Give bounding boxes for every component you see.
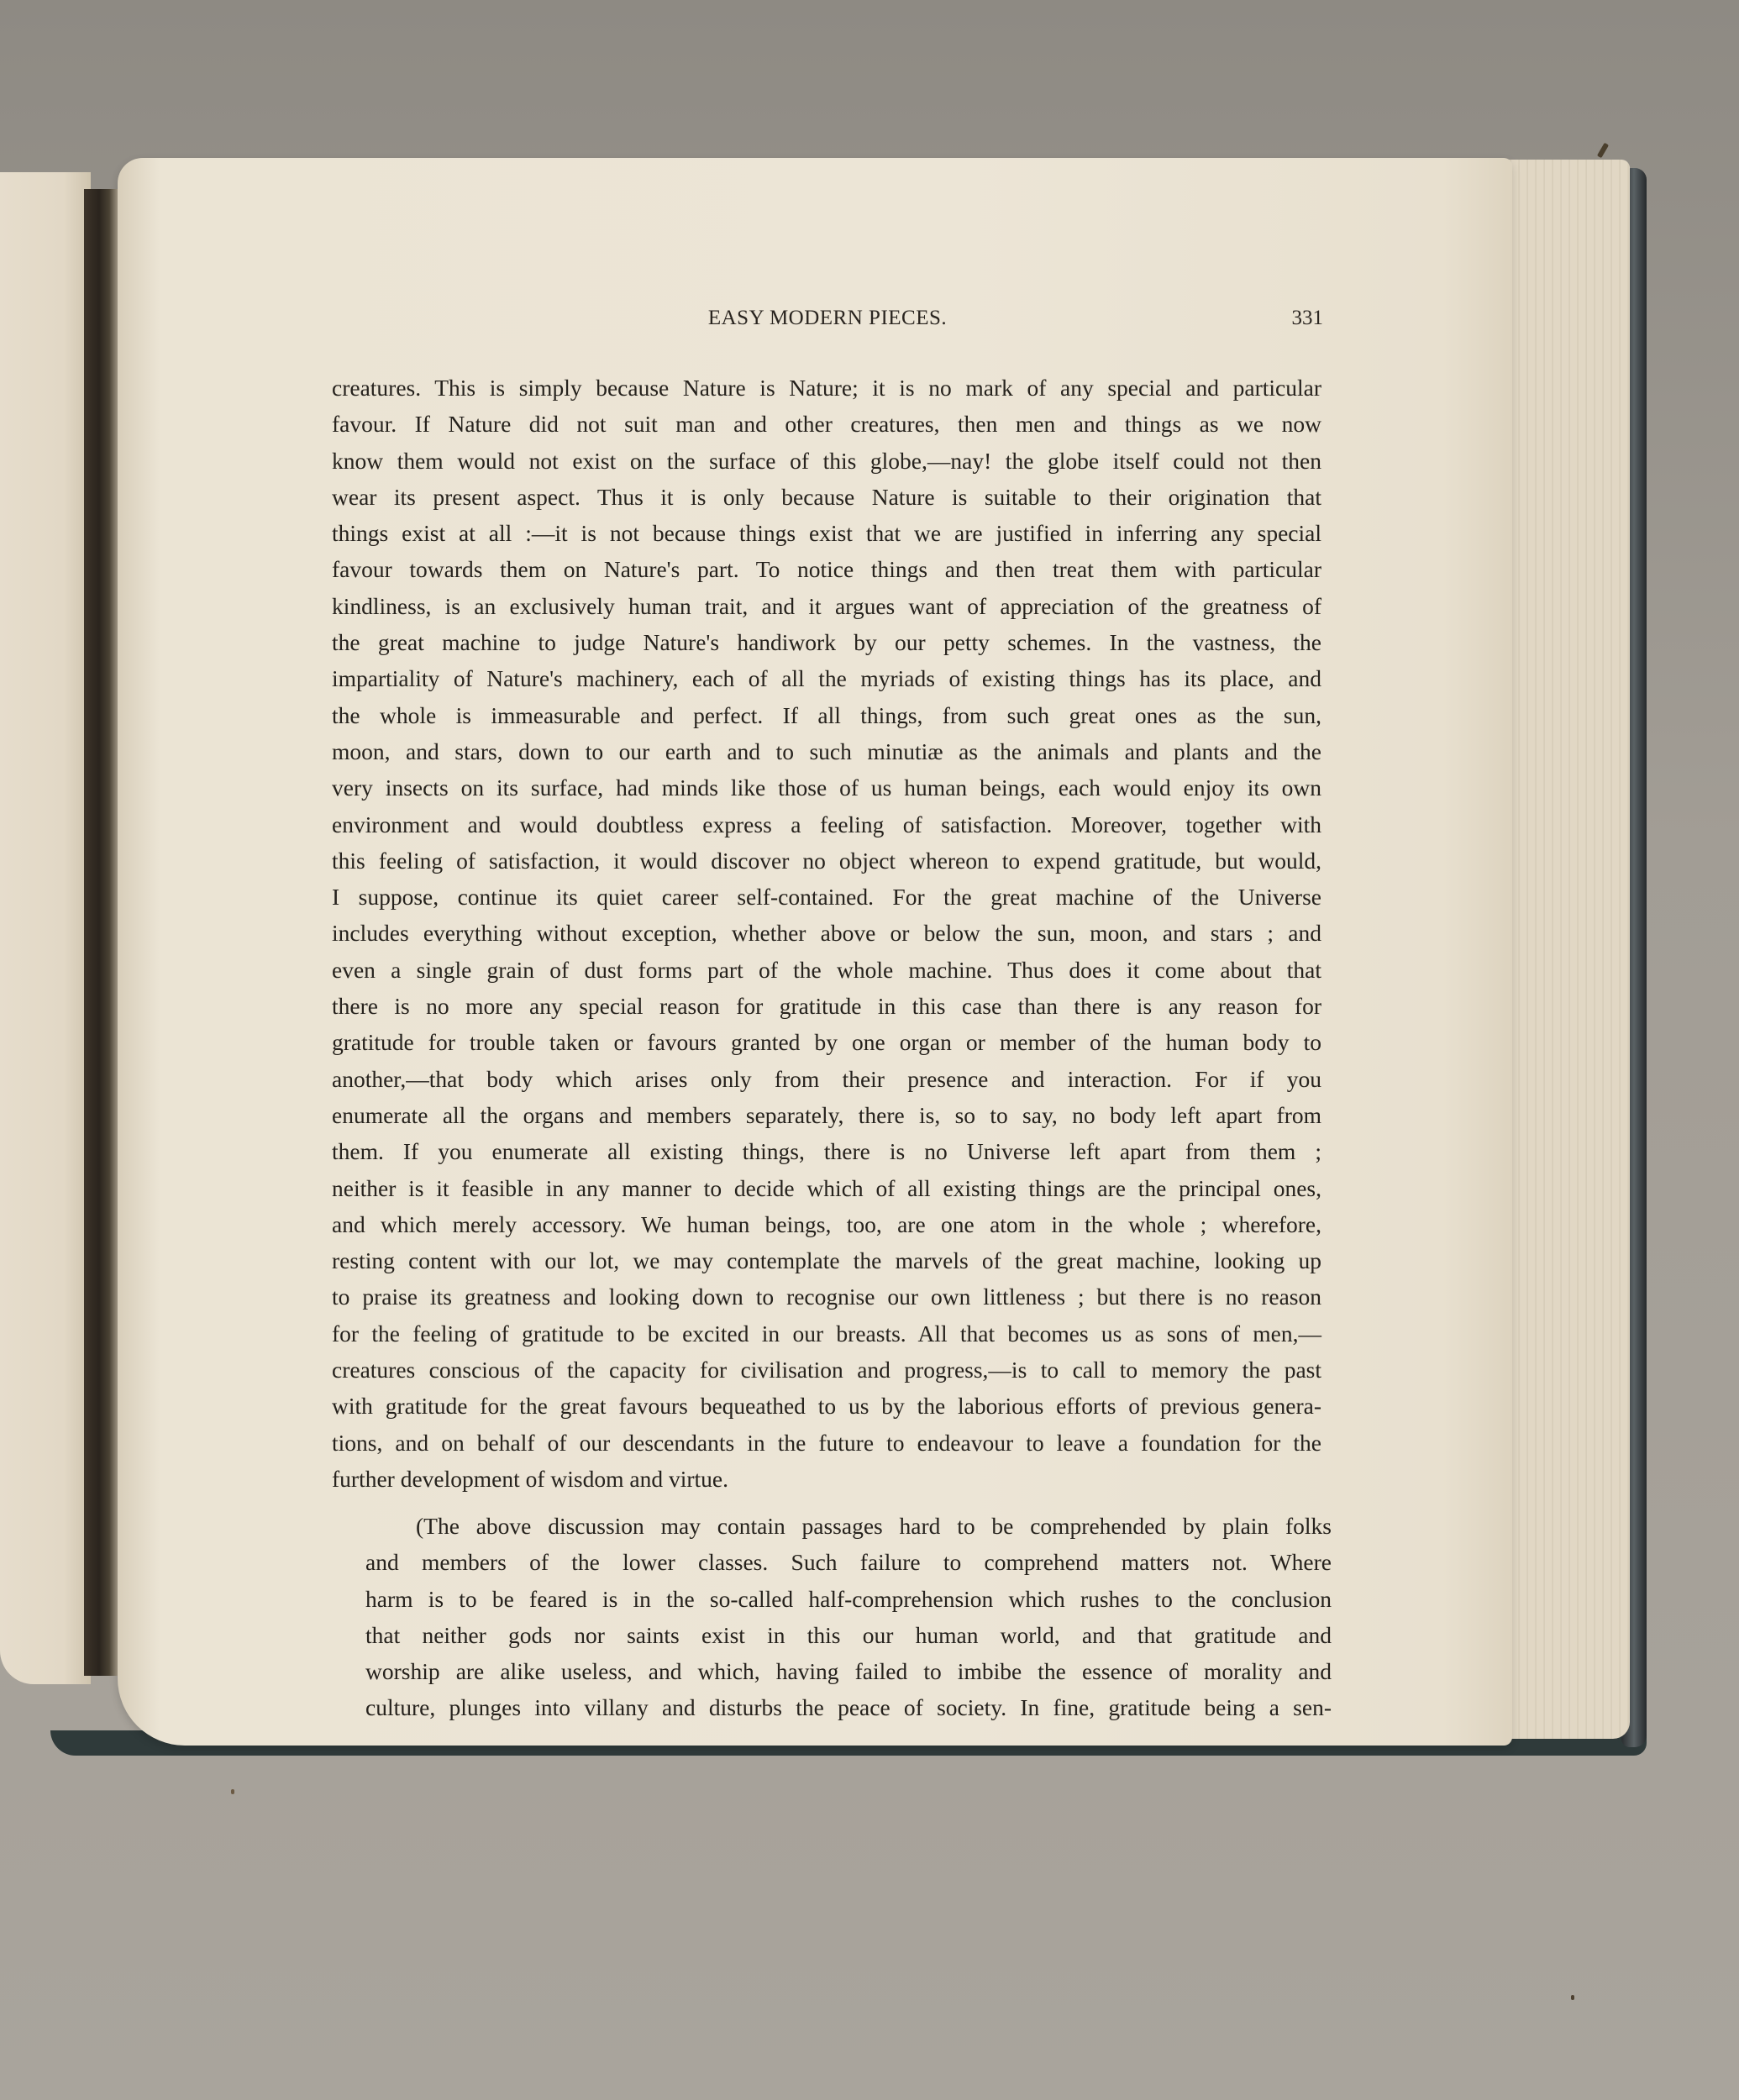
text-line: neither is it feasible in any manner to … bbox=[332, 1170, 1321, 1206]
text-line: further development of wisdom and virtue… bbox=[332, 1461, 1321, 1497]
text-line: another,—that body which arises only fro… bbox=[332, 1061, 1321, 1097]
text-line: tions, and on behalf of our descendants … bbox=[332, 1425, 1321, 1461]
text-line: for the feeling of gratitude to be excit… bbox=[332, 1315, 1321, 1352]
text-line: with gratitude for the great favours beq… bbox=[332, 1388, 1321, 1424]
text-line: there is no more any special reason for … bbox=[332, 988, 1321, 1024]
page-stack-fore-edge bbox=[1504, 160, 1630, 1739]
text-line: this feeling of satisfaction, it would d… bbox=[332, 843, 1321, 879]
paper-fleck bbox=[1597, 143, 1609, 159]
text-line: worship are alike useless, and which, ha… bbox=[365, 1653, 1332, 1689]
text-line: kindliness, is an exclusively human trai… bbox=[332, 588, 1321, 624]
text-line: creatures. This is simply because Nature… bbox=[332, 370, 1321, 406]
text-line: resting content with our lot, we may con… bbox=[332, 1242, 1321, 1278]
text-line: favour towards them on Nature's part. To… bbox=[332, 551, 1321, 587]
text-line: know them would not exist on the surface… bbox=[332, 443, 1321, 479]
text-line: (The above discussion may contain passag… bbox=[365, 1508, 1332, 1544]
text-line: that neither gods nor saints exist in th… bbox=[365, 1617, 1332, 1653]
left-page-edge bbox=[0, 172, 91, 1684]
book-gutter bbox=[84, 189, 118, 1676]
text-line: the great machine to judge Nature's hand… bbox=[332, 624, 1321, 660]
text-line: environment and would doubtless express … bbox=[332, 806, 1321, 843]
running-header: EASY MODERN PIECES. 331 bbox=[332, 307, 1323, 340]
text-line: to praise its greatness and looking down… bbox=[332, 1278, 1321, 1315]
text-line: culture, plunges into villany and distur… bbox=[365, 1689, 1332, 1725]
text-line: even a single grain of dust forms part o… bbox=[332, 952, 1321, 988]
text-line: impartiality of Nature's machinery, each… bbox=[332, 660, 1321, 696]
text-line: includes everything without exception, w… bbox=[332, 915, 1321, 951]
text-line: I suppose, continue its quiet career sel… bbox=[332, 879, 1321, 915]
text-line: and which merely accessory. We human bei… bbox=[332, 1206, 1321, 1242]
text-line: things exist at all :—it is not because … bbox=[332, 515, 1321, 551]
text-line: enumerate all the organs and members sep… bbox=[332, 1097, 1321, 1133]
paper-fleck bbox=[1571, 1995, 1574, 2000]
page-number: 331 bbox=[1292, 307, 1324, 330]
main-paragraph: creatures. This is simply because Nature… bbox=[332, 370, 1321, 1497]
text-line: very insects on its surface, had minds l… bbox=[332, 769, 1321, 806]
text-line: and members of the lower classes. Such f… bbox=[365, 1544, 1332, 1580]
text-line: them. If you enumerate all existing thin… bbox=[332, 1133, 1321, 1169]
running-head-title: EASY MODERN PIECES. bbox=[332, 307, 1323, 330]
note-paragraph: (The above discussion may contain passag… bbox=[365, 1508, 1332, 1726]
paper-fleck bbox=[231, 1789, 234, 1794]
text-line: gratitude for trouble taken or favours g… bbox=[332, 1024, 1321, 1060]
text-line: harm is to be feared is in the so-called… bbox=[365, 1581, 1332, 1617]
text-line: the whole is immeasurable and perfect. I… bbox=[332, 697, 1321, 733]
text-line: creatures conscious of the capacity for … bbox=[332, 1352, 1321, 1388]
text-line: wear its present aspect. Thus it is only… bbox=[332, 479, 1321, 515]
text-line: favour. If Nature did not suit man and o… bbox=[332, 406, 1321, 442]
text-line: moon, and stars, down to our earth and t… bbox=[332, 733, 1321, 769]
